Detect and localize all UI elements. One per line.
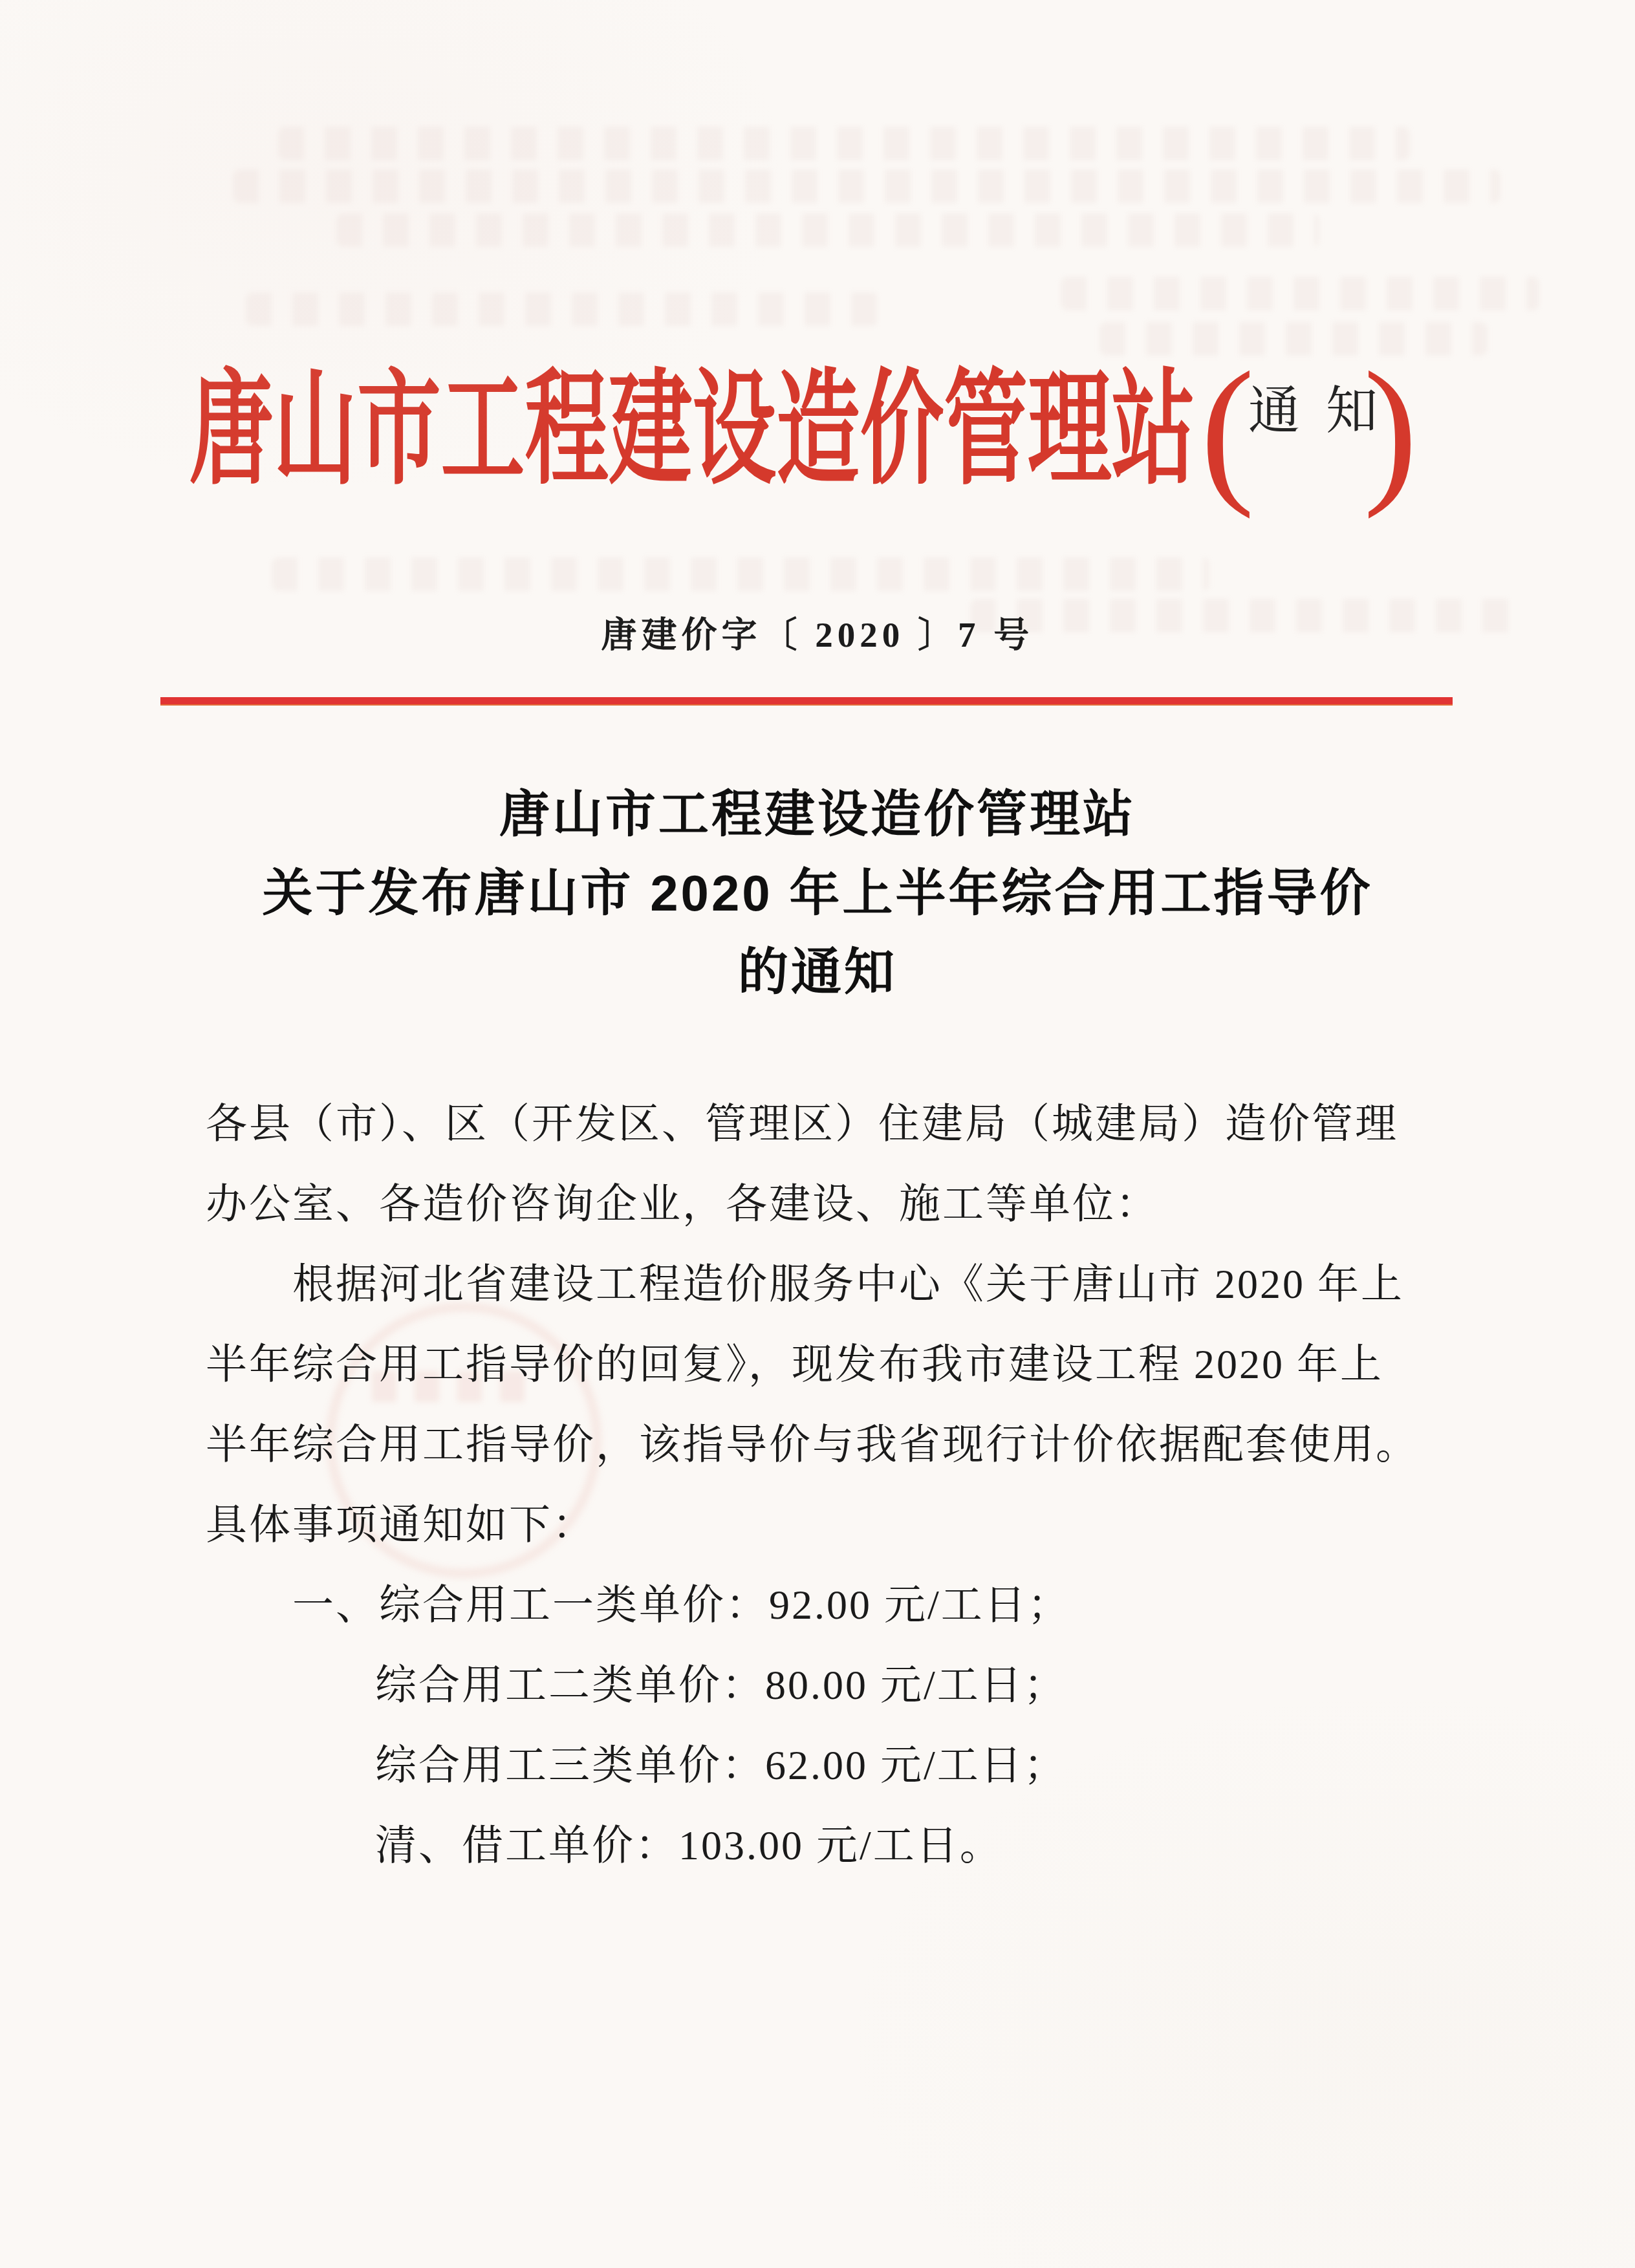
document-page: 唐山市工程建设造价管理站 ( 通 知 ) 唐建价字〔 2020 〕7 号 唐山市…	[0, 0, 1635, 2268]
title-line-3: 的通知	[0, 933, 1635, 1011]
paragraph-line-4: 具体事项通知如下：	[206, 1485, 1435, 1565]
red-divider-rule	[160, 697, 1453, 706]
paragraph-line-1: 根据河北省建设工程造价服务中心《关于唐山市 2020 年上	[206, 1244, 1435, 1324]
notice-body: 各县（市）、区（开发区、管理区）住建局（城建局）造价管理 办公室、各造价咨询企业…	[206, 1084, 1435, 1886]
notice-type-label: 通 知	[1248, 382, 1371, 441]
price-item-3: 综合用工三类单价：62.00 元/工日；	[206, 1725, 1435, 1806]
title-line-1: 唐山市工程建设造价管理站	[0, 775, 1635, 854]
bleed-through-row	[272, 557, 1209, 591]
price-item-4: 清、借工单价：103.00 元/工日。	[206, 1806, 1435, 1886]
salutation-line-2: 办公室、各造价咨询企业，各建设、施工等单位：	[206, 1164, 1435, 1244]
letterhead: 唐山市工程建设造价管理站 ( 通 知 )	[0, 0, 1635, 517]
paragraph-line-2: 半年综合用工指导价的回复》，现发布我市建设工程 2020 年上	[206, 1324, 1435, 1405]
price-item-2: 综合用工二类单价：80.00 元/工日；	[206, 1645, 1435, 1725]
salutation-line-1: 各县（市）、区（开发区、管理区）住建局（城建局）造价管理	[206, 1084, 1435, 1164]
org-name: 唐山市工程建设造价管理站	[189, 367, 1195, 494]
price-item-1: 一、综合用工一类单价：92.00 元/工日；	[206, 1565, 1435, 1645]
paren-close: )	[1363, 360, 1418, 499]
notice-title: 唐山市工程建设造价管理站 关于发布唐山市 2020 年上半年综合用工指导价 的通…	[0, 775, 1635, 1011]
doc-number: 唐建价字〔 2020 〕7 号	[0, 613, 1635, 657]
title-line-2: 关于发布唐山市 2020 年上半年综合用工指导价	[0, 854, 1635, 933]
paragraph-line-3: 半年综合用工指导价，该指导价与我省现行计价依据配套使用。	[206, 1405, 1435, 1485]
paren-open: (	[1200, 360, 1255, 499]
